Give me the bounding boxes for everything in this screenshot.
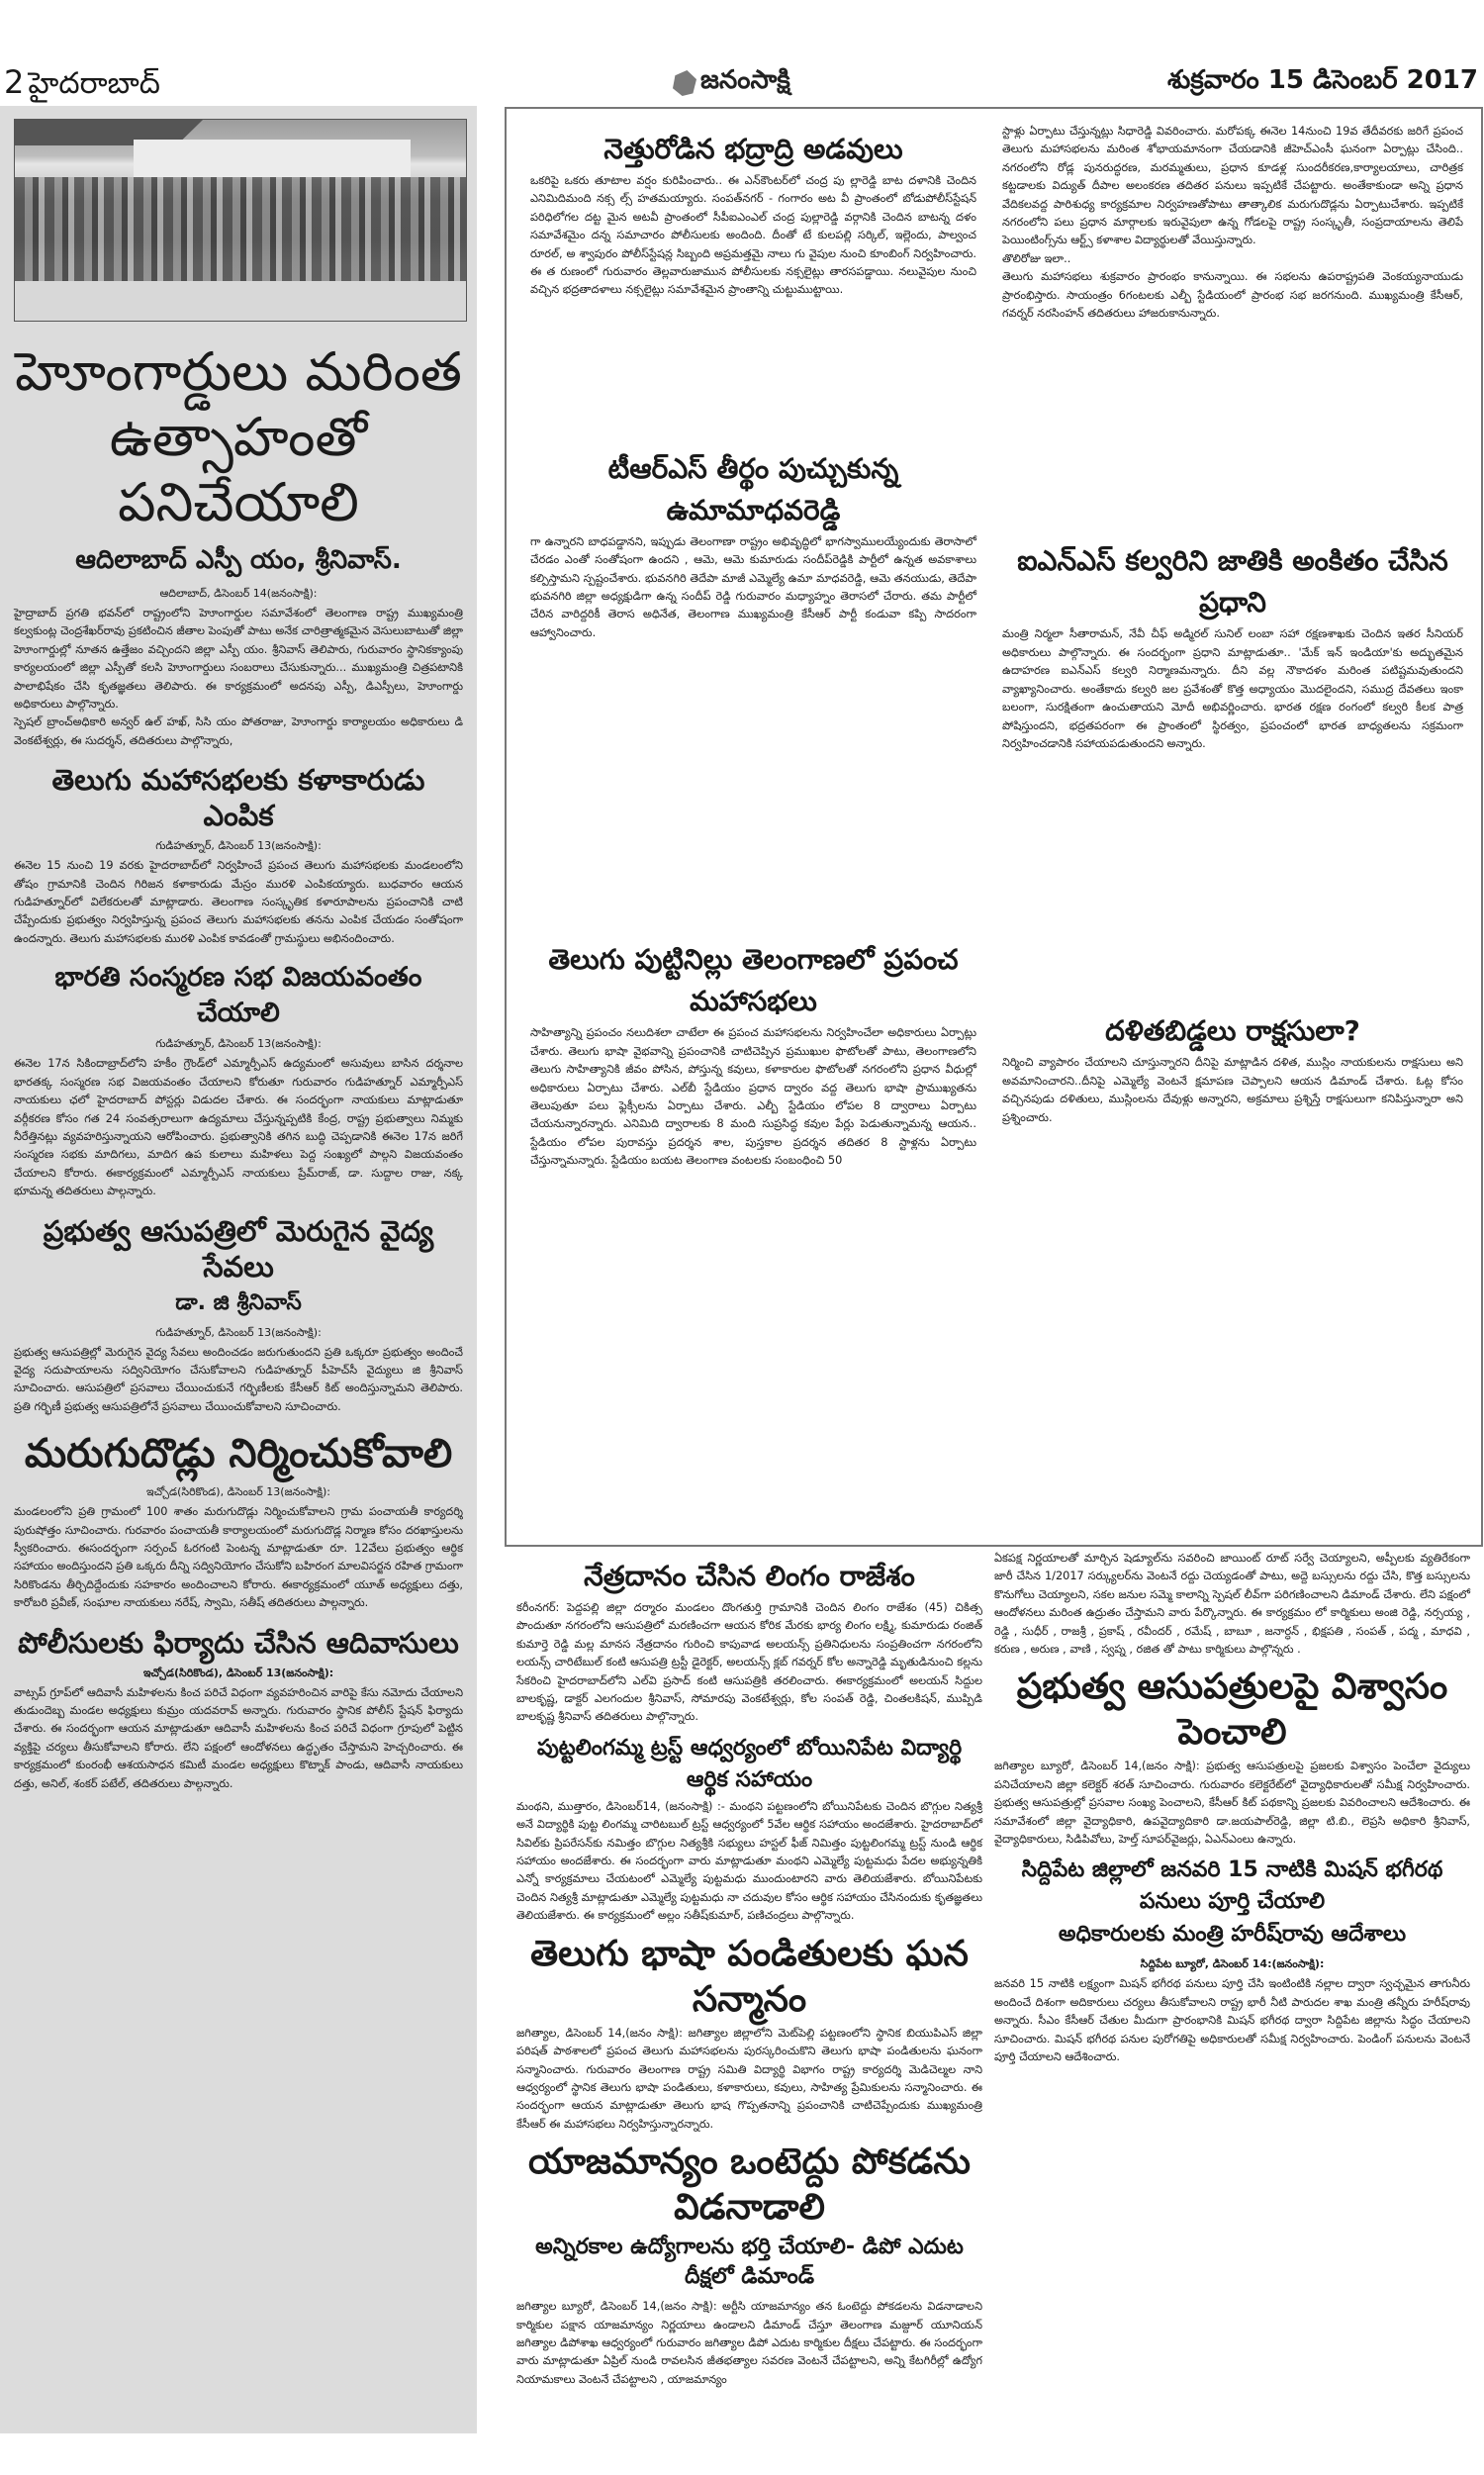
article: మరుగుదొడ్లు నిర్మించుకోవాలి ఇచ్చోడ(సిరిక…	[14, 1428, 463, 1612]
article: తెలుగు భాషా పండితులకు ఘన సన్మానం జగిత్యా…	[516, 1932, 982, 2134]
article-headline: నెత్తురోడిన భద్రాద్రి అడవులు	[530, 129, 976, 170]
lead-subheadline: ఆదిలాబాద్ ఎస్పీ యం, శ్రీనివాస్.	[14, 545, 463, 581]
article-body: కరీంనగర్: పెద్దపల్లి జిల్లా దర్మారం మండల…	[516, 1599, 982, 1727]
article-body: ఈనెల 15 నుంచి 19 వరకు హైదరాబాద్‌లో నిర్వ…	[14, 857, 463, 948]
paper-name: జనంసాక్షి	[700, 65, 790, 101]
article-body: ఒకరిపై ఒకరు తూటాల వర్షం కురిపించారు.. ఈ …	[530, 172, 976, 300]
dateline: ఇచ్చోడ(సిరికొండ), డిసెంబర్ 13(జనంసాక్షి)…	[14, 1485, 463, 1501]
article: తెలుగు మహాసభలకు కళాకారుడు ఎంపిక గుడిహత్న…	[14, 762, 463, 948]
right-column-lower: ఏకపక్ష నిర్ణయాలతో మార్చిన షెడ్యూల్‌ను సవ…	[994, 1550, 1484, 2067]
lead-headline: హెూంగార్డులు మరింత ఉత్సాహంతో పనిచేయాలి	[14, 339, 463, 535]
left-column: హెూంగార్డులు మరింత ఉత్సాహంతో పనిచేయాలి ఆ…	[0, 106, 477, 2433]
dateline: గుడిహత్నూర్, డిసెంబర్ 13(జనంసాక్షి):	[14, 1037, 463, 1053]
article-body: జగిత్యాల బ్యూరో, డిసెంబర్ 14,(జనం సాక్షి…	[516, 2298, 982, 2389]
article: ఏకపక్ష నిర్ణయాలతో మార్చిన షెడ్యూల్‌ను సవ…	[994, 1550, 1470, 1659]
dateline: ఇచ్చోడ(సిరికొండ), డిసెంబర్ 13(జనంసాక్షి)…	[14, 1666, 463, 1682]
article: సిద్దిపేట జిల్లాలో జనవరి 15 నాటికి మిషన్…	[994, 1855, 1470, 2066]
article-subhead: తొలిరోజు ఇలా..	[1002, 250, 1463, 268]
masthead: 2హైదరాబాద్ జనంసాక్షి శుక్రవారం 15 డిసెంబ…	[0, 59, 1484, 105]
article-body: స్టాళ్లు ఏర్పాటు చేస్తున్నట్లు సిధారెడ్డ…	[1002, 123, 1463, 250]
lead-headline-line2: ఉత్సాహంతో పనిచేయాలి	[110, 406, 367, 533]
article-headline: ప్రభుత్వ ఆసుపత్రిలో మెరుగైన వైద్య సేవలు	[14, 1213, 463, 1285]
article-headline: తెలుగు భాషా పండితులకు ఘన సన్మానం	[516, 1932, 982, 2023]
article-headline: దళితబిడ్డలు రాక్షసులా?	[1002, 1010, 1463, 1052]
article-subheadline: అన్నిరకాల ఉద్యోగాలను భర్తి చేయాలి- డిపో …	[516, 2235, 982, 2294]
article-body: మంథని, ముత్తారం, డిసెంబర్14, (జనంసాక్షి)…	[516, 1798, 982, 1926]
article-subheadline: అధికారులకు మంత్రి హరీష్‌రావు ఆదేశాలు	[994, 1922, 1470, 1951]
article-headline: పోలీసులకు ఫిర్యాదు చేసిన ఆదివాసులు	[14, 1625, 463, 1661]
page-section: 2హైదరాబాద్	[4, 63, 160, 108]
article-headline: తెలుగు మహాసభలకు కళాకారుడు ఎంపిక	[14, 762, 463, 833]
article-body: తెలుగు మహాసభలు శుక్రవారం ప్రారంభం కానున్…	[1002, 268, 1463, 323]
photo-group	[15, 177, 466, 286]
dateline: సిద్దిపేట బ్యూరో, డిసెంబర్ 14:(జనంసాక్షి…	[994, 1957, 1470, 1973]
article-body: హైద్రాబాద్ ప్రగతి భవన్‌లో రాష్ట్రంలోని హ…	[14, 605, 463, 714]
article-body: మండలంలోని ప్రతి గ్రామంలో 100 శాతం మరుగుద…	[14, 1503, 463, 1612]
article: ప్రభుత్వ ఆసుపత్రులపై విశ్వాసం పెంచాలి జగ…	[994, 1665, 1470, 1849]
article: భారతి సంస్మరణ సభ విజయవంతం చేయాలి గుడిహత్…	[14, 960, 463, 1200]
dateline: గుడిహత్నూర్, డిసెంబర్ 13(జనంసాక్షి):	[14, 1326, 463, 1342]
article-body: ప్రభుత్వ ఆసుపత్రిల్లో మెరుగైన వైద్య సేవల…	[14, 1344, 463, 1417]
middle-column-lower: నేత్రదానం చేసిన లింగం రాజేశం కరీంనగర్: ప…	[505, 1550, 986, 2389]
article-body: మంత్రి నిర్మలా సీతారామన్, నేవీ చీఫ్ అడ్మ…	[1002, 625, 1463, 753]
article-body: గా ఉన్నారని బాధపడ్డానని, ఇప్పుడు తెలంగాణ…	[530, 533, 976, 642]
boxed-feature-middle: నెత్తురోడిన భద్రాద్రి అడవులు ఒకరిపై ఒకరు…	[505, 107, 976, 1547]
article: స్టాళ్లు ఏర్పాటు చేస్తున్నట్లు సిధారెడ్డ…	[1002, 123, 1463, 323]
boxed-feature-right: స్టాళ్లు ఏర్పాటు చేస్తున్నట్లు సిధారెడ్డ…	[976, 107, 1483, 1547]
article-body: జగిత్యాల, డిసెంబర్ 14,(జనం సాక్షి): జగిత…	[516, 2025, 982, 2134]
telangana-map-icon	[673, 70, 696, 96]
article: యాజమాన్యం ఒంటెద్దు పోకడను విడనాడాలి అన్న…	[516, 2140, 982, 2389]
paper-logo: జనంసాక్షి	[673, 65, 790, 101]
article-body: జగిత్యాల బ్యూరో, డిసెంబర్ 14,(జనం సాక్షి…	[994, 1758, 1470, 1849]
photo-building	[134, 140, 411, 179]
lead-photo	[14, 119, 467, 322]
article: దళితబిడ్డలు రాక్షసులా? నిర్మించి వ్యాపార…	[1002, 1010, 1463, 1127]
article-headline: ప్రభుత్వ ఆసుపత్రులపై విశ్వాసం పెంచాలి	[994, 1665, 1470, 1756]
article-headline: పుట్టలింగమ్మ ట్రస్ట్ ఆధ్వర్యంలో బోయినిపే…	[516, 1733, 982, 1796]
article-body: వాట్సప్ గ్రూప్‌లో ఆదివాసీ మహిళలను కించ ప…	[14, 1684, 463, 1793]
article: నెత్తురోడిన భద్రాద్రి అడవులు ఒకరిపై ఒకరు…	[530, 129, 976, 300]
section-name: హైదరాబాద్	[28, 66, 160, 101]
article-headline: తెలుగు పుట్టినిల్లు తెలంగాణలో ప్రపంచ మహా…	[530, 939, 976, 1022]
article: ప్రభుత్వ ఆసుపత్రిలో మెరుగైన వైద్య సేవలు …	[14, 1213, 463, 1417]
article-headline: యాజమాన్యం ఒంటెద్దు పోకడను విడనాడాలి	[516, 2140, 982, 2231]
article: పుట్టలింగమ్మ ట్రస్ట్ ఆధ్వర్యంలో బోయినిపే…	[516, 1733, 982, 1926]
issue-date: శుక్రవారం 15 డిసెంబర్ 2017	[1167, 65, 1478, 101]
article: నేత్రదానం చేసిన లింగం రాజేశం కరీంనగర్: ప…	[516, 1556, 982, 1727]
article-body: ఈనెల 17న సికిందాబ్రాద్‌లోని హకీం గ్రౌండ్…	[14, 1055, 463, 1200]
article-body: జనవరి 15 నాటికి లక్ష్యంగా మిషన్ భగీరథ పన…	[994, 1975, 1470, 2066]
photo-ground	[15, 281, 466, 321]
dateline: ఆదిలాబాద్, డిసెంబర్ 14(జనంసాక్షి):	[14, 587, 463, 603]
article-headline: మరుగుదొడ్లు నిర్మించుకోవాలి	[14, 1428, 463, 1479]
article-headline: నేత్రదానం చేసిన లింగం రాజేశం	[516, 1556, 982, 1597]
page-number: 2	[4, 63, 24, 101]
article-body: నిర్మించి వ్యాపారం చేయాలని చూస్తున్నారని…	[1002, 1054, 1463, 1127]
article: టీఆర్ఎస్ తీర్థం పుచ్చుకున్న ఉమామాధవరెడ్డ…	[530, 448, 976, 642]
article-headline: టీఆర్ఎస్ తీర్థం పుచ్చుకున్న ఉమామాధవరెడ్డ…	[530, 448, 976, 531]
article-body: సాహిత్యాన్ని ప్రపంచం నలుదిశలా చాటేలా ఈ ప…	[530, 1024, 976, 1170]
article-body: స్పెషల్ బ్రాంచ్‌అధికారి అన్వర్ ఉల్ హఖ్, …	[14, 714, 463, 750]
dateline: గుడిహత్నూర్, డిసెంబర్ 13(జనంసాక్షి):	[14, 839, 463, 855]
article-headline: సిద్దిపేట జిల్లాలో జనవరి 15 నాటికి మిషన్…	[994, 1855, 1470, 1918]
article-headline: భారతి సంస్మరణ సభ విజయవంతం చేయాలి	[14, 960, 463, 1031]
byline: డా. జి శ్రీనివాస్	[14, 1290, 463, 1320]
article: తెలుగు పుట్టినిల్లు తెలంగాణలో ప్రపంచ మహా…	[530, 939, 976, 1170]
article: పోలీసులకు ఫిర్యాదు చేసిన ఆదివాసులు ఇచ్చో…	[14, 1625, 463, 1793]
lead-headline-line1: హెూంగార్డులు మరింత	[15, 340, 462, 403]
article-body: ఏకపక్ష నిర్ణయాలతో మార్చిన షెడ్యూల్‌ను సవ…	[994, 1550, 1470, 1659]
article-headline: ఐఎన్ఎస్ కల్వరిని జాతికి అంకితం చేసిన ప్ర…	[1002, 540, 1463, 623]
article: ఐఎన్ఎస్ కల్వరిని జాతికి అంకితం చేసిన ప్ర…	[1002, 540, 1463, 753]
